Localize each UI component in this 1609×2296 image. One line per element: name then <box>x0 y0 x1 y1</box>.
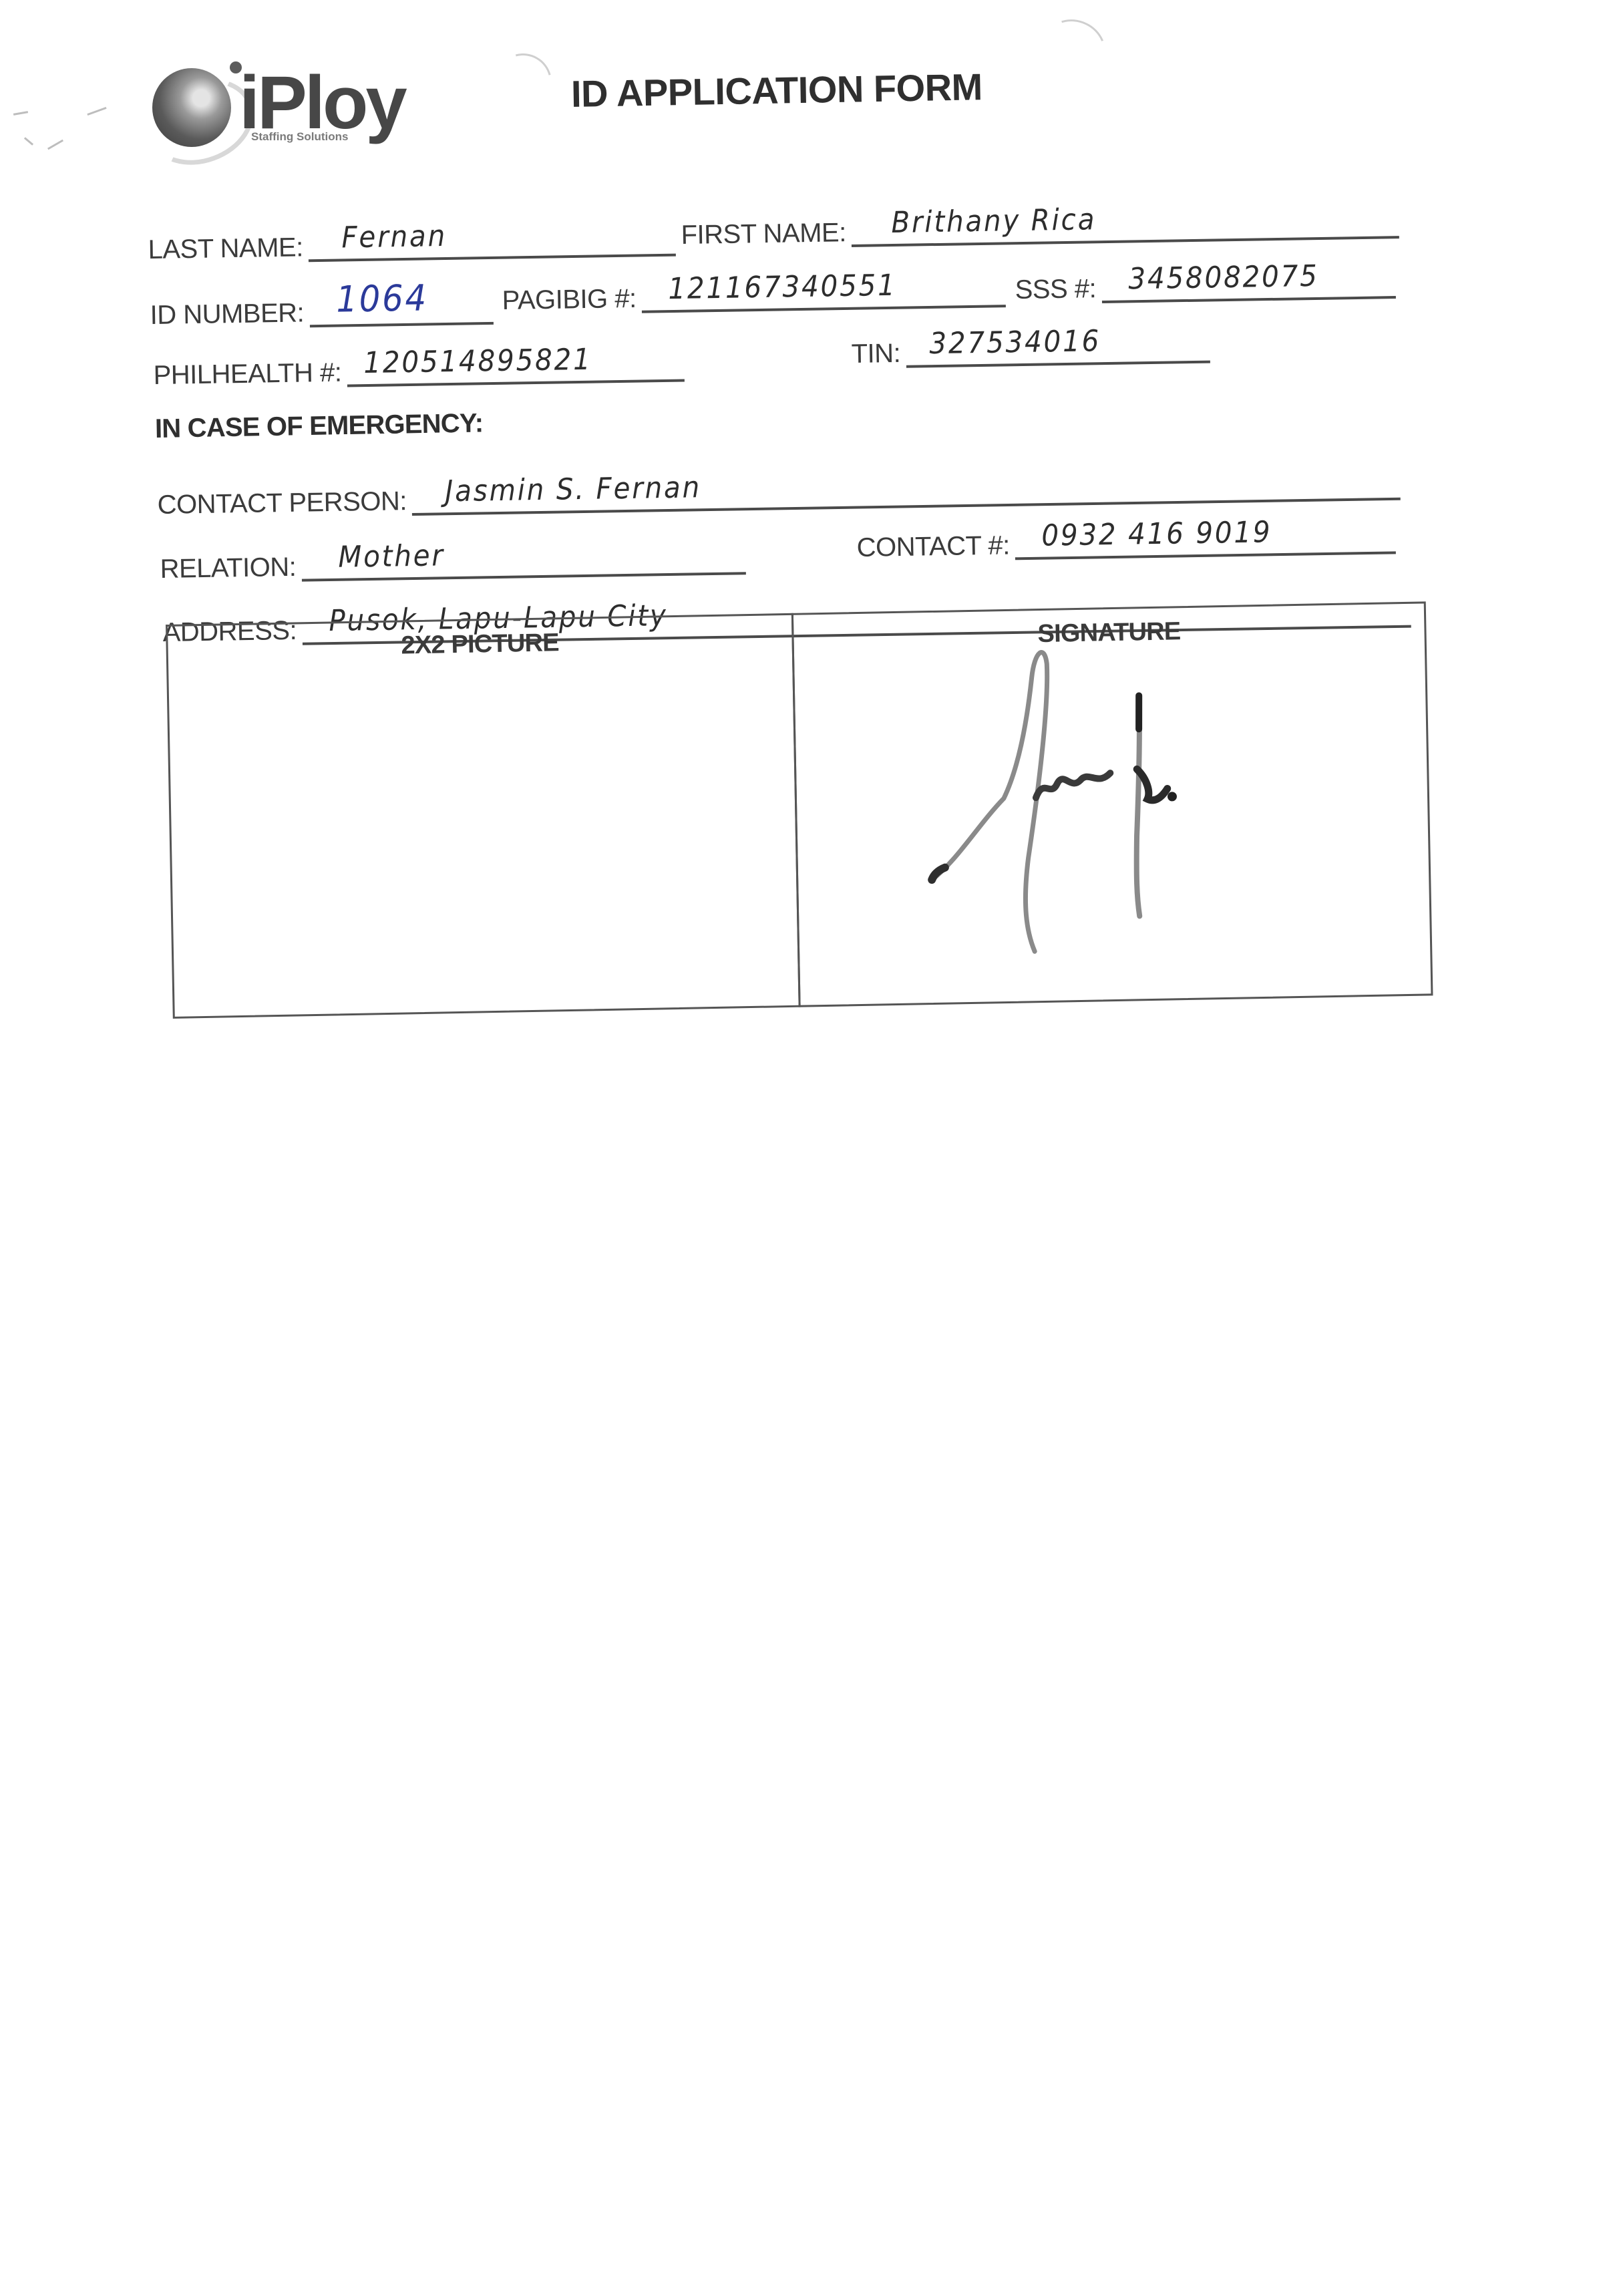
company-logo: iPloy Staffing Solutions <box>152 61 419 155</box>
first-name-field: FIRST NAME: Brithany Rica <box>681 196 1399 250</box>
signature-box[interactable]: SIGNATURE <box>791 601 1433 1007</box>
contact-person-label: CONTACT PERSON: <box>157 488 407 520</box>
relation-field: RELATION: Mother <box>160 532 746 584</box>
contact-number-line[interactable]: 0932 416 9019 <box>1015 511 1396 560</box>
contact-number-value: 0932 416 9019 <box>1041 515 1272 552</box>
tin-value: 327534016 <box>929 324 1101 361</box>
picture-box[interactable]: 2X2 PICTURE <box>166 613 801 1019</box>
id-number-value: 1064 <box>335 277 427 320</box>
scan-artifact <box>47 140 63 150</box>
philhealth-field: PHILHEALTH #: 120514895821 <box>153 339 685 390</box>
scan-artifact <box>87 107 106 116</box>
tin-label: TIN: <box>851 340 900 369</box>
tin-field: TIN: 327534016 <box>851 321 1210 369</box>
contact-person-field: CONTACT PERSON: Jasmin S. Fernan <box>157 458 1401 520</box>
scan-artifact <box>484 43 562 121</box>
sss-value: 3458082075 <box>1128 259 1319 296</box>
form-title: ID APPLICATION FORM <box>570 65 982 116</box>
sss-line[interactable]: 3458082075 <box>1101 256 1395 303</box>
tin-line[interactable]: 327534016 <box>906 321 1210 368</box>
picture-box-title: 2X2 PICTURE <box>168 625 792 665</box>
contact-person-value: Jasmin S. Fernan <box>445 470 701 508</box>
last-name-value: Fernan <box>341 219 447 255</box>
logo-tagline: Staffing Solutions <box>251 130 348 144</box>
last-name-label: LAST NAME: <box>148 234 303 265</box>
sss-label: SSS #: <box>1015 275 1096 305</box>
last-name-line[interactable]: Fernan <box>308 214 676 263</box>
philhealth-value: 120514895821 <box>363 343 592 380</box>
emergency-heading: IN CASE OF EMERGENCY: <box>155 408 484 444</box>
first-name-value: Brithany Rica <box>891 202 1097 240</box>
handwritten-signature-icon <box>914 634 1228 973</box>
contact-number-label: CONTACT #: <box>856 532 1010 562</box>
philhealth-label: PHILHEALTH #: <box>153 359 341 390</box>
last-name-field: LAST NAME: Fernan <box>148 214 676 265</box>
sss-field: SSS #: 3458082075 <box>1015 256 1395 305</box>
contact-person-line[interactable]: Jasmin S. Fernan <box>411 458 1401 516</box>
scan-artifact <box>24 137 33 146</box>
id-number-field: ID NUMBER: 1064 <box>150 282 494 330</box>
scan-artifact <box>1033 9 1115 89</box>
photo-signature-section: 2X2 PICTURE SIGNATURE <box>166 601 1435 1039</box>
pagibig-label: PAGIBIG #: <box>502 285 637 315</box>
relation-line[interactable]: Mother <box>301 532 746 581</box>
pagibig-line[interactable]: 121167340551 <box>641 265 1006 313</box>
pagibig-field: PAGIBIG #: 121167340551 <box>502 265 1006 315</box>
logo-brand: iPloy <box>239 65 405 140</box>
relation-value: Mother <box>338 538 445 574</box>
contact-number-field: CONTACT #: 0932 416 9019 <box>856 511 1396 562</box>
philhealth-line[interactable]: 120514895821 <box>347 339 685 387</box>
scanned-page: iPloy Staffing Solutions ID APPLICATION … <box>0 0 1609 2296</box>
id-number-label: ID NUMBER: <box>150 299 304 330</box>
first-name-line[interactable]: Brithany Rica <box>851 196 1399 247</box>
pagibig-value: 121167340551 <box>668 269 897 306</box>
first-name-label: FIRST NAME: <box>681 219 846 250</box>
scan-artifact <box>13 111 28 116</box>
id-number-line[interactable]: 1064 <box>309 282 494 327</box>
relation-label: RELATION: <box>160 554 296 584</box>
